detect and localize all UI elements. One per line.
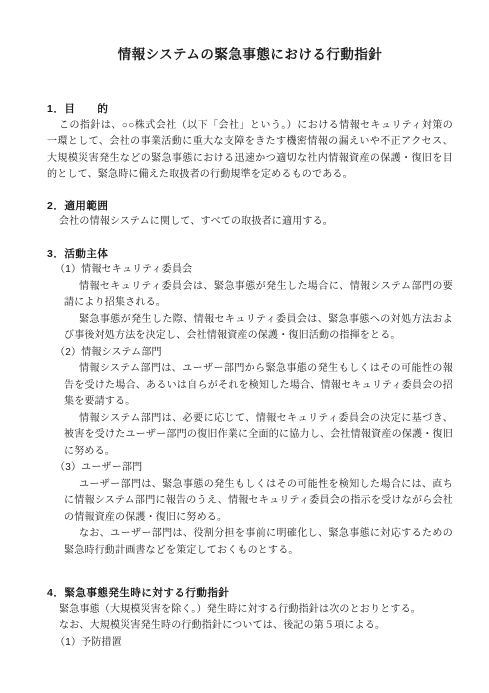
actors-item1-paragraph-2: 緊急事態が発生した際、情報セキュリティ委員会は、緊急事態への対処方法および事後対…: [64, 312, 453, 345]
section-purpose-paragraph: この指針は、○○株式会社（以下「会社」という。）における情報セキュリティ対策の一…: [47, 118, 453, 184]
emergency-guidelines-item1-label: （1）予防措置: [55, 635, 453, 652]
document-title: 情報システムの緊急事態における行動指針: [47, 45, 453, 65]
section-emergency-guidelines-heading: 4．緊急事態発生時に対する行動指針: [47, 585, 453, 602]
section-scope-paragraph: 会社の情報システムに関して、すべての取扱者に適用する。: [47, 214, 453, 231]
emergency-guidelines-paragraph-1: 緊急事態（大規模災害を除く。）発生時に対する行動指針は次のとおりとする。: [47, 602, 453, 619]
actors-item2-paragraph-2: 情報システム部門は、必要に応じて、情報セキュリティ委員会の決定に基づき、被害を受…: [64, 411, 453, 461]
actors-item2-label: （2）情報システム部門: [55, 345, 453, 362]
section-purpose-heading: 1．目 的: [47, 101, 453, 118]
section-scope-heading: 2．適用範囲: [47, 198, 453, 215]
actors-item2-paragraph-1: 情報システム部門は、ユーザー部門から緊急事態の発生もしくはその可能性の報告を受け…: [64, 361, 453, 411]
section-purpose: 1．目 的 この指針は、○○株式会社（以下「会社」という。）における情報セキュリ…: [47, 101, 453, 184]
actors-item3-paragraph-2: なお、ユーザー部門は、役割分担を事前に明確化し、緊急事態に対応するための緊急時行…: [64, 526, 453, 559]
section-actors-heading: 3．活動主体: [47, 246, 453, 263]
actors-item1-paragraph-1: 情報セキュリティ委員会は、緊急事態が発生した場合に、情報システム部門の要請により…: [64, 279, 453, 312]
section-actors: 3．活動主体 （1）情報セキュリティ委員会 情報セキュリティ委員会は、緊急事態が…: [47, 246, 453, 560]
actors-item3-paragraph-1: ユーザー部門は、緊急事態の発生もしくはその可能性を検知した場合には、直ちに情報シ…: [64, 477, 453, 527]
section-scope: 2．適用範囲 会社の情報システムに関して、すべての取扱者に適用する。: [47, 198, 453, 231]
section-emergency-guidelines: 4．緊急事態発生時に対する行動指針 緊急事態（大規模災害を除く。）発生時に対する…: [47, 585, 453, 651]
actors-item1-label: （1）情報セキュリティ委員会: [55, 262, 453, 279]
document-page: 情報システムの緊急事態における行動指針 1．目 的 この指針は、○○株式会社（以…: [0, 0, 489, 693]
actors-item3-label: （3）ユーザー部門: [55, 460, 453, 477]
emergency-guidelines-paragraph-2: なお、大規模災害発生時の行動指針については、後記の第５項による。: [47, 618, 453, 635]
